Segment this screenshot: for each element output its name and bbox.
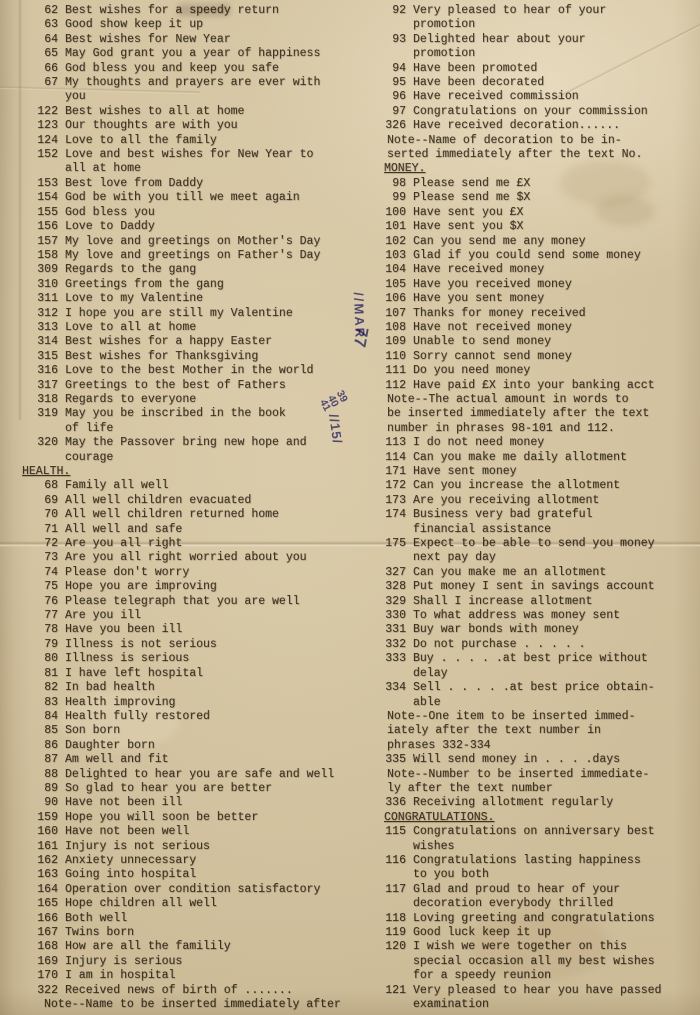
phrase-row: 114Can you make me daily allotment [380,451,696,465]
phrase-text: Regards to the gang [65,263,196,277]
phrase-number: 317 [37,379,58,393]
phrase-row: 62Best wishes for a speedy return [37,4,345,18]
phrase-text: Health improving [65,696,175,710]
phrase-row: 68Family all well [37,479,345,493]
phrase-number: 74 [37,566,58,580]
note-row: Note--Number to be inserted immediate- l… [387,768,696,797]
phrase-text: Congratulations on anniversary best wish… [413,825,655,854]
section-heading: MONEY. [384,162,696,176]
phrase-number: 77 [37,609,58,623]
phrase-text: Love to my Valentine [65,292,203,306]
phrase-number: 336 [380,796,406,810]
phrase-row: 84Health fully restored [37,710,345,724]
phrase-text: Are you all right [65,537,182,551]
phrase-number: 89 [37,782,58,796]
phrase-row: 328Put money I sent in savings account [380,580,696,594]
phrase-number: 320 [37,436,58,465]
phrase-number: 122 [37,105,58,119]
phrase-text: Will send money in . . . .days [413,753,620,767]
phrase-text: Expect to be able to send you money next… [413,537,655,566]
phrase-row: 69All well children evacuated [37,494,345,508]
phrase-row: 122Best wishes to all at home [37,105,345,119]
phrase-row: 104Have received money [380,263,696,277]
phrase-text: God be with you till we meet again [65,191,300,205]
phrase-row: 121Very pleased to hear you have passed … [380,984,696,1013]
phrase-row: 315Best wishes for Thanksgiving [37,350,345,364]
phrase-number: 72 [37,537,58,551]
phrase-row: 92Very pleased to hear of your promotion [380,4,696,33]
phrase-text: Best wishes for a happy Easter [65,335,272,349]
phrase-text: Have sent you £X [413,206,523,220]
phrase-row: 101Have sent you $X [380,220,696,234]
phrase-row: 90Have not been ill [37,796,345,810]
phrase-text: Please telegraph that you are well [65,595,300,609]
phrase-row: 103Glad if you could send some money [380,249,696,263]
phrase-text: How are all the familily [65,940,231,954]
phrase-number: 332 [380,638,406,652]
phrase-row: 83Health improving [37,696,345,710]
phrase-number: 162 [37,854,58,868]
phrase-text: Business very bad grateful financial ass… [413,508,592,537]
phrase-row: 327Can you make me an allotment [380,566,696,580]
phrase-text: Best wishes for New Year [65,33,231,47]
phrase-row: 108Have not received money [380,321,696,335]
phrase-row: 115Congratulations on anniversary best w… [380,825,696,854]
phrase-row: 155God bless you [37,206,345,220]
phrase-number: 63 [37,18,58,32]
phrase-text: Thanks for money received [413,307,586,321]
phrase-row: 77Are you ill [37,609,345,623]
phrase-number: 84 [37,710,58,724]
phrase-number: 87 [37,753,58,767]
phrase-number: 329 [380,595,406,609]
phrase-text: Buy . . . . .at best price without delay [413,652,648,681]
phrase-row: 164Operation over condition satisfactory [37,883,345,897]
phrase-text: I wish we were together on this special … [413,940,655,983]
phrase-number: 327 [380,566,406,580]
phrase-text: I have left hospital [65,667,203,681]
phrase-text: Have you sent money [413,292,544,306]
phrase-number: 161 [37,840,58,854]
phrase-number: 153 [37,177,58,191]
phrase-number: 166 [37,912,58,926]
phrase-number: 154 [37,191,58,205]
phrase-row: 93Delighted hear about your promotion [380,33,696,62]
phrase-number: 322 [37,984,58,998]
phrase-text: Have received decoration...... [413,119,620,133]
phrase-number: 93 [380,33,406,62]
phrase-text: I am in hospital [65,969,175,983]
section-heading: CONGRATULATIONS. [384,811,696,825]
note-row: Note--Name of decoration to be in- serte… [387,134,696,163]
phrase-row: 162Anxiety unnecessary [37,854,345,868]
fold-crease-left-edge [18,0,22,420]
phrase-text: Illness is not serious [65,638,217,652]
note-row: Note--The actual amount in words to be i… [387,393,696,436]
phrase-number: 175 [380,537,406,566]
phrase-text: Hope you are improving [65,580,217,594]
phrase-number: 101 [380,220,406,234]
phrase-row: 97Congratulations on your commission [380,105,696,119]
phrase-text: My love and greetings on Father's Day [65,249,320,263]
phrase-row: 88Delighted to hear you are safe and wel… [37,768,345,782]
phrase-number: 311 [37,292,58,306]
phrase-number: 159 [37,811,58,825]
phrase-text: Regards to everyone [65,393,196,407]
phrase-row: 94Have been promoted [380,62,696,76]
phrase-row: 331Buy war bonds with money [380,623,696,637]
phrase-row: 112Have paid £X into your banking acct [380,379,696,393]
phrase-number: 66 [37,62,58,76]
phrase-row: 74Please don't worry [37,566,345,580]
scanned-telegram-phrase-sheet: { "colors": { "paper": "#d2c2a0", "ink":… [0,0,700,1015]
phrase-number: 75 [37,580,58,594]
phrase-row: 96Have received commission [380,90,696,104]
phrase-text: Put money I sent in savings account [413,580,655,594]
phrase-text: Anxiety unnecessary [65,854,196,868]
phrase-row: 116Congratulations lasting happiness to … [380,854,696,883]
phrase-number: 335 [380,753,406,767]
phrase-number: 313 [37,321,58,335]
phrase-number: 330 [380,609,406,623]
phrase-row: 105Have you received money [380,278,696,292]
phrase-row: 72Are you all right [37,537,345,551]
phrase-number: 326 [380,119,406,133]
phrase-text: Have received money [413,263,544,277]
phrase-number: 64 [37,33,58,47]
phrase-row: 158My love and greetings on Father's Day [37,249,345,263]
phrase-row: 71All well and safe [37,523,345,537]
phrase-row: 316Love to the best Mother in the world [37,364,345,378]
phrase-row: 117Glad and proud to hear of your decora… [380,883,696,912]
phrase-text: Have been promoted [413,62,537,76]
phrase-number: 328 [380,580,406,594]
phrase-number: 105 [380,278,406,292]
phrase-text: All well children returned home [65,508,279,522]
phrase-text: May God grant you a year of happiness [65,47,320,61]
phrase-text: Please send me £X [413,177,530,191]
phrase-text: Are you ill [65,609,141,623]
phrase-number: 124 [37,134,58,148]
phrase-row: 152Love and best wishes for New Year to … [37,148,345,177]
phrase-text: All well and safe [65,523,182,537]
phrase-row: 70All well children returned home [37,508,345,522]
phrase-number: 85 [37,724,58,738]
phrase-text: Do you need money [413,364,530,378]
phrase-row: 335Will send money in . . . .days [380,753,696,767]
phrase-row: 119Good luck keep it up [380,926,696,940]
phrase-number: 312 [37,307,58,321]
phrase-row: 319May you be inscribed in the book of l… [37,407,345,436]
phrase-text: Unable to send money [413,335,551,349]
phrase-text: Do not purchase . . . . . [413,638,586,652]
phrase-row: 120I wish we were together on this speci… [380,940,696,983]
phrase-number: 173 [380,494,406,508]
phrase-text: Have not been ill [65,796,182,810]
phrase-text: Injury is not serious [65,840,210,854]
phrase-row: 172Can you increase the allotment [380,479,696,493]
phrase-text: Have you received money [413,278,572,292]
phrase-text: Very pleased to hear you have passed exa… [413,984,661,1013]
phrase-number: 70 [37,508,58,522]
phrase-text: My thoughts and prayers are ever with yo… [65,76,320,105]
phrase-text: Glad if you could send some money [413,249,641,263]
phrase-row: 153Best love from Daddy [37,177,345,191]
phrase-number: 157 [37,235,58,249]
phrase-number: 117 [380,883,406,912]
phrase-row: 111Do you need money [380,364,696,378]
phrase-row: 313Love to all at home [37,321,345,335]
phrase-row: 79Illness is not serious [37,638,345,652]
phrase-row: 318Regards to everyone [37,393,345,407]
phrase-number: 104 [380,263,406,277]
phrase-text: To what address was money sent [413,609,620,623]
phrase-text: Have you been ill [65,623,182,637]
phrase-text: Twins born [65,926,134,940]
phrase-row: 156Love to Daddy [37,220,345,234]
phrase-text: Injury is serious [65,955,182,969]
phrase-number: 168 [37,940,58,954]
phrase-text: God bless you and keep you safe [65,62,279,76]
phrase-number: 115 [380,825,406,854]
phrase-number: 116 [380,854,406,883]
phrase-number: 90 [37,796,58,810]
phrase-text: Congratulations on your commission [413,105,648,119]
phrase-number: 310 [37,278,58,292]
section-heading: HEALTH. [22,465,345,479]
phrase-number: 171 [380,465,406,479]
phrase-row: 95Have been decorated [380,76,696,90]
phrase-row: 85Son born [37,724,345,738]
phrase-text: Delighted hear about your promotion [413,33,586,62]
phrase-number: 108 [380,321,406,335]
phrase-text: Have not received money [413,321,572,335]
phrase-text: Best love from Daddy [65,177,203,191]
phrase-number: 333 [380,652,406,681]
phrase-number: 331 [380,623,406,637]
phrase-number: 119 [380,926,406,940]
phrase-number: 165 [37,897,58,911]
phrase-text: Best wishes to all at home [65,105,244,119]
phrase-row: 82In bad health [37,681,345,695]
phrase-number: 71 [37,523,58,537]
phrase-row: 336Receiving allotment regularly [380,796,696,810]
phrase-text: Shall I increase allotment [413,595,592,609]
phrase-number: 106 [380,292,406,306]
phrase-text: Can you send me any money [413,235,586,249]
phrase-number: 98 [380,177,406,191]
phrase-row: 161Injury is not serious [37,840,345,854]
phrase-row: 332Do not purchase . . . . . [380,638,696,652]
phrase-row: 157My love and greetings on Mother's Day [37,235,345,249]
phrase-row: 63Good show keep it up [37,18,345,32]
phrase-text: Our thoughts are with you [65,119,238,133]
phrase-number: 113 [380,436,406,450]
phrase-text: Love to Daddy [65,220,155,234]
phrase-row: 173Are you receiving allotment [380,494,696,508]
phrase-number: 67 [37,76,58,105]
phrase-number: 95 [380,76,406,90]
phrase-text: Greetings to the best of Fathers [65,379,286,393]
phrase-text: I do not need money [413,436,544,450]
phrase-number: 120 [380,940,406,983]
phrase-number: 79 [37,638,58,652]
phrase-row: 165Hope children all well [37,897,345,911]
phrase-text: God bless you [65,206,155,220]
phrase-number: 169 [37,955,58,969]
phrase-row: 322Received news of birth of ....... [37,984,345,998]
phrase-row: 109Unable to send money [380,335,696,349]
phrase-text: Sell . . . . .at best price obtain- able [413,681,655,710]
phrase-number: 82 [37,681,58,695]
phrase-text: Best wishes for a speedy return [65,4,279,18]
phrase-row: 66God bless you and keep you safe [37,62,345,76]
phrase-number: 69 [37,494,58,508]
phrase-text: I hope you are still my Valentine [65,307,293,321]
phrase-row: 102Can you send me any money [380,235,696,249]
phrase-row: 113I do not need money [380,436,696,450]
phrase-number: 111 [380,364,406,378]
phrase-number: 103 [380,249,406,263]
phrase-number: 319 [37,407,58,436]
phrase-row: 118Loving greeting and congratulations [380,912,696,926]
phrase-number: 83 [37,696,58,710]
phrase-text: Please send me $X [413,191,530,205]
phrase-number: 334 [380,681,406,710]
phrase-row: 98Please send me £X [380,177,696,191]
phrase-number: 170 [37,969,58,983]
phrase-row: 107Thanks for money received [380,307,696,321]
phrase-row: 168How are all the familily [37,940,345,954]
phrase-row: 87Am well and fit [37,753,345,767]
phrase-number: 309 [37,263,58,277]
phrase-number: 102 [380,235,406,249]
phrase-text: May the Passover bring new hope and cour… [65,436,307,465]
phrase-text: Love to all at home [65,321,196,335]
phrase-row: 314Best wishes for a happy Easter [37,335,345,349]
phrase-row: 81I have left hospital [37,667,345,681]
phrase-text: Good show keep it up [65,18,203,32]
phrase-number: 318 [37,393,58,407]
phrase-text: Very pleased to hear of your promotion [413,4,606,33]
phrase-number: 107 [380,307,406,321]
phrase-number: 167 [37,926,58,940]
phrase-number: 123 [37,119,58,133]
phrase-row: 171Have sent money [380,465,696,479]
phrase-text: Hope you will soon be better [65,811,258,825]
phrase-number: 100 [380,206,406,220]
phrase-row: 159Hope you will soon be better [37,811,345,825]
phrase-row: 99Please send me $X [380,191,696,205]
phrase-text: Am well and fit [65,753,169,767]
phrase-text: Are you receiving allotment [413,494,599,508]
phrase-row: 154God be with you till we meet again [37,191,345,205]
phrase-number: 164 [37,883,58,897]
phrase-row: 334Sell . . . . .at best price obtain- a… [380,681,696,710]
phrase-text: Sorry cannot send money [413,350,572,364]
date-stamp-day: 77 [349,326,372,350]
phrase-number: 81 [37,667,58,681]
phrase-row: 110Sorry cannot send money [380,350,696,364]
phrase-text: May you be inscribed in the book of life [65,407,286,436]
phrase-text: Son born [65,724,120,738]
note-row: Note--Name to be inserted immediately af… [44,998,345,1012]
phrase-text: Receiving allotment regularly [413,796,613,810]
phrase-row: 123Our thoughts are with you [37,119,345,133]
phrase-text: Delighted to hear you are safe and well [65,768,334,782]
phrase-text: Have sent you $X [413,220,523,234]
phrase-text: Have paid £X into your banking acct [413,379,655,393]
phrase-text: Going into hospital [65,868,196,882]
phrase-number: 92 [380,4,406,33]
phrase-number: 158 [37,249,58,263]
phrase-text: Operation over condition satisfactory [65,883,320,897]
phrase-number: 88 [37,768,58,782]
phrase-row: 100Have sent you £X [380,206,696,220]
phrase-number: 78 [37,623,58,637]
phrase-number: 155 [37,206,58,220]
phrase-text: Buy war bonds with money [413,623,579,637]
phrase-number: 76 [37,595,58,609]
phrase-text: Greetings from the gang [65,278,224,292]
phrase-row: 124Love to all the family [37,134,345,148]
phrase-number: 62 [37,4,58,18]
phrase-text: Health fully restored [65,710,210,724]
phrase-text: Glad and proud to hear of your decoratio… [413,883,620,912]
phrase-number: 65 [37,47,58,61]
phrase-number: 121 [380,984,406,1013]
phrase-number: 94 [380,62,406,76]
phrase-number: 96 [380,90,406,104]
phrase-text: Can you increase the allotment [413,479,620,493]
phrase-text: Best wishes for Thanksgiving [65,350,258,364]
phrase-text: Daughter born [65,739,155,753]
phrase-row: 317Greetings to the best of Fathers [37,379,345,393]
phrase-number: 316 [37,364,58,378]
phrase-row: 167Twins born [37,926,345,940]
phrase-number: 160 [37,825,58,839]
phrase-row: 309Regards to the gang [37,263,345,277]
phrase-number: 99 [380,191,406,205]
phrase-row: 310Greetings from the gang [37,278,345,292]
phrase-row: 73Are you all right worried about you [37,551,345,565]
phrase-number: 68 [37,479,58,493]
phrase-text: Good luck keep it up [413,926,551,940]
phrase-number: 315 [37,350,58,364]
phrase-row: 75Hope you are improving [37,580,345,594]
phrase-row: 160Have not been well [37,825,345,839]
phrase-row: 64Best wishes for New Year [37,33,345,47]
phrase-text: My love and greetings on Mother's Day [65,235,320,249]
phrase-text: Have received commission [413,90,579,104]
phrase-number: 112 [380,379,406,393]
phrase-row: 163Going into hospital [37,868,345,882]
phrase-row: 89So glad to hear you are better [37,782,345,796]
phrase-row: 169Injury is serious [37,955,345,969]
phrase-row: 65May God grant you a year of happiness [37,47,345,61]
phrase-number: 152 [37,148,58,177]
phrase-row: 80Illness is serious [37,652,345,666]
phrase-row: 175Expect to be able to send you money n… [380,537,696,566]
phrase-number: 110 [380,350,406,364]
phrase-number: 172 [380,479,406,493]
phrase-row: 311Love to my Valentine [37,292,345,306]
left-text-column: 62Best wishes for a speedy return63Good … [37,4,345,1012]
phrase-row: 329Shall I increase allotment [380,595,696,609]
phrase-text: Are you all right worried about you [65,551,307,565]
phrase-row: 320May the Passover bring new hope and c… [37,436,345,465]
phrase-text: In bad health [65,681,155,695]
